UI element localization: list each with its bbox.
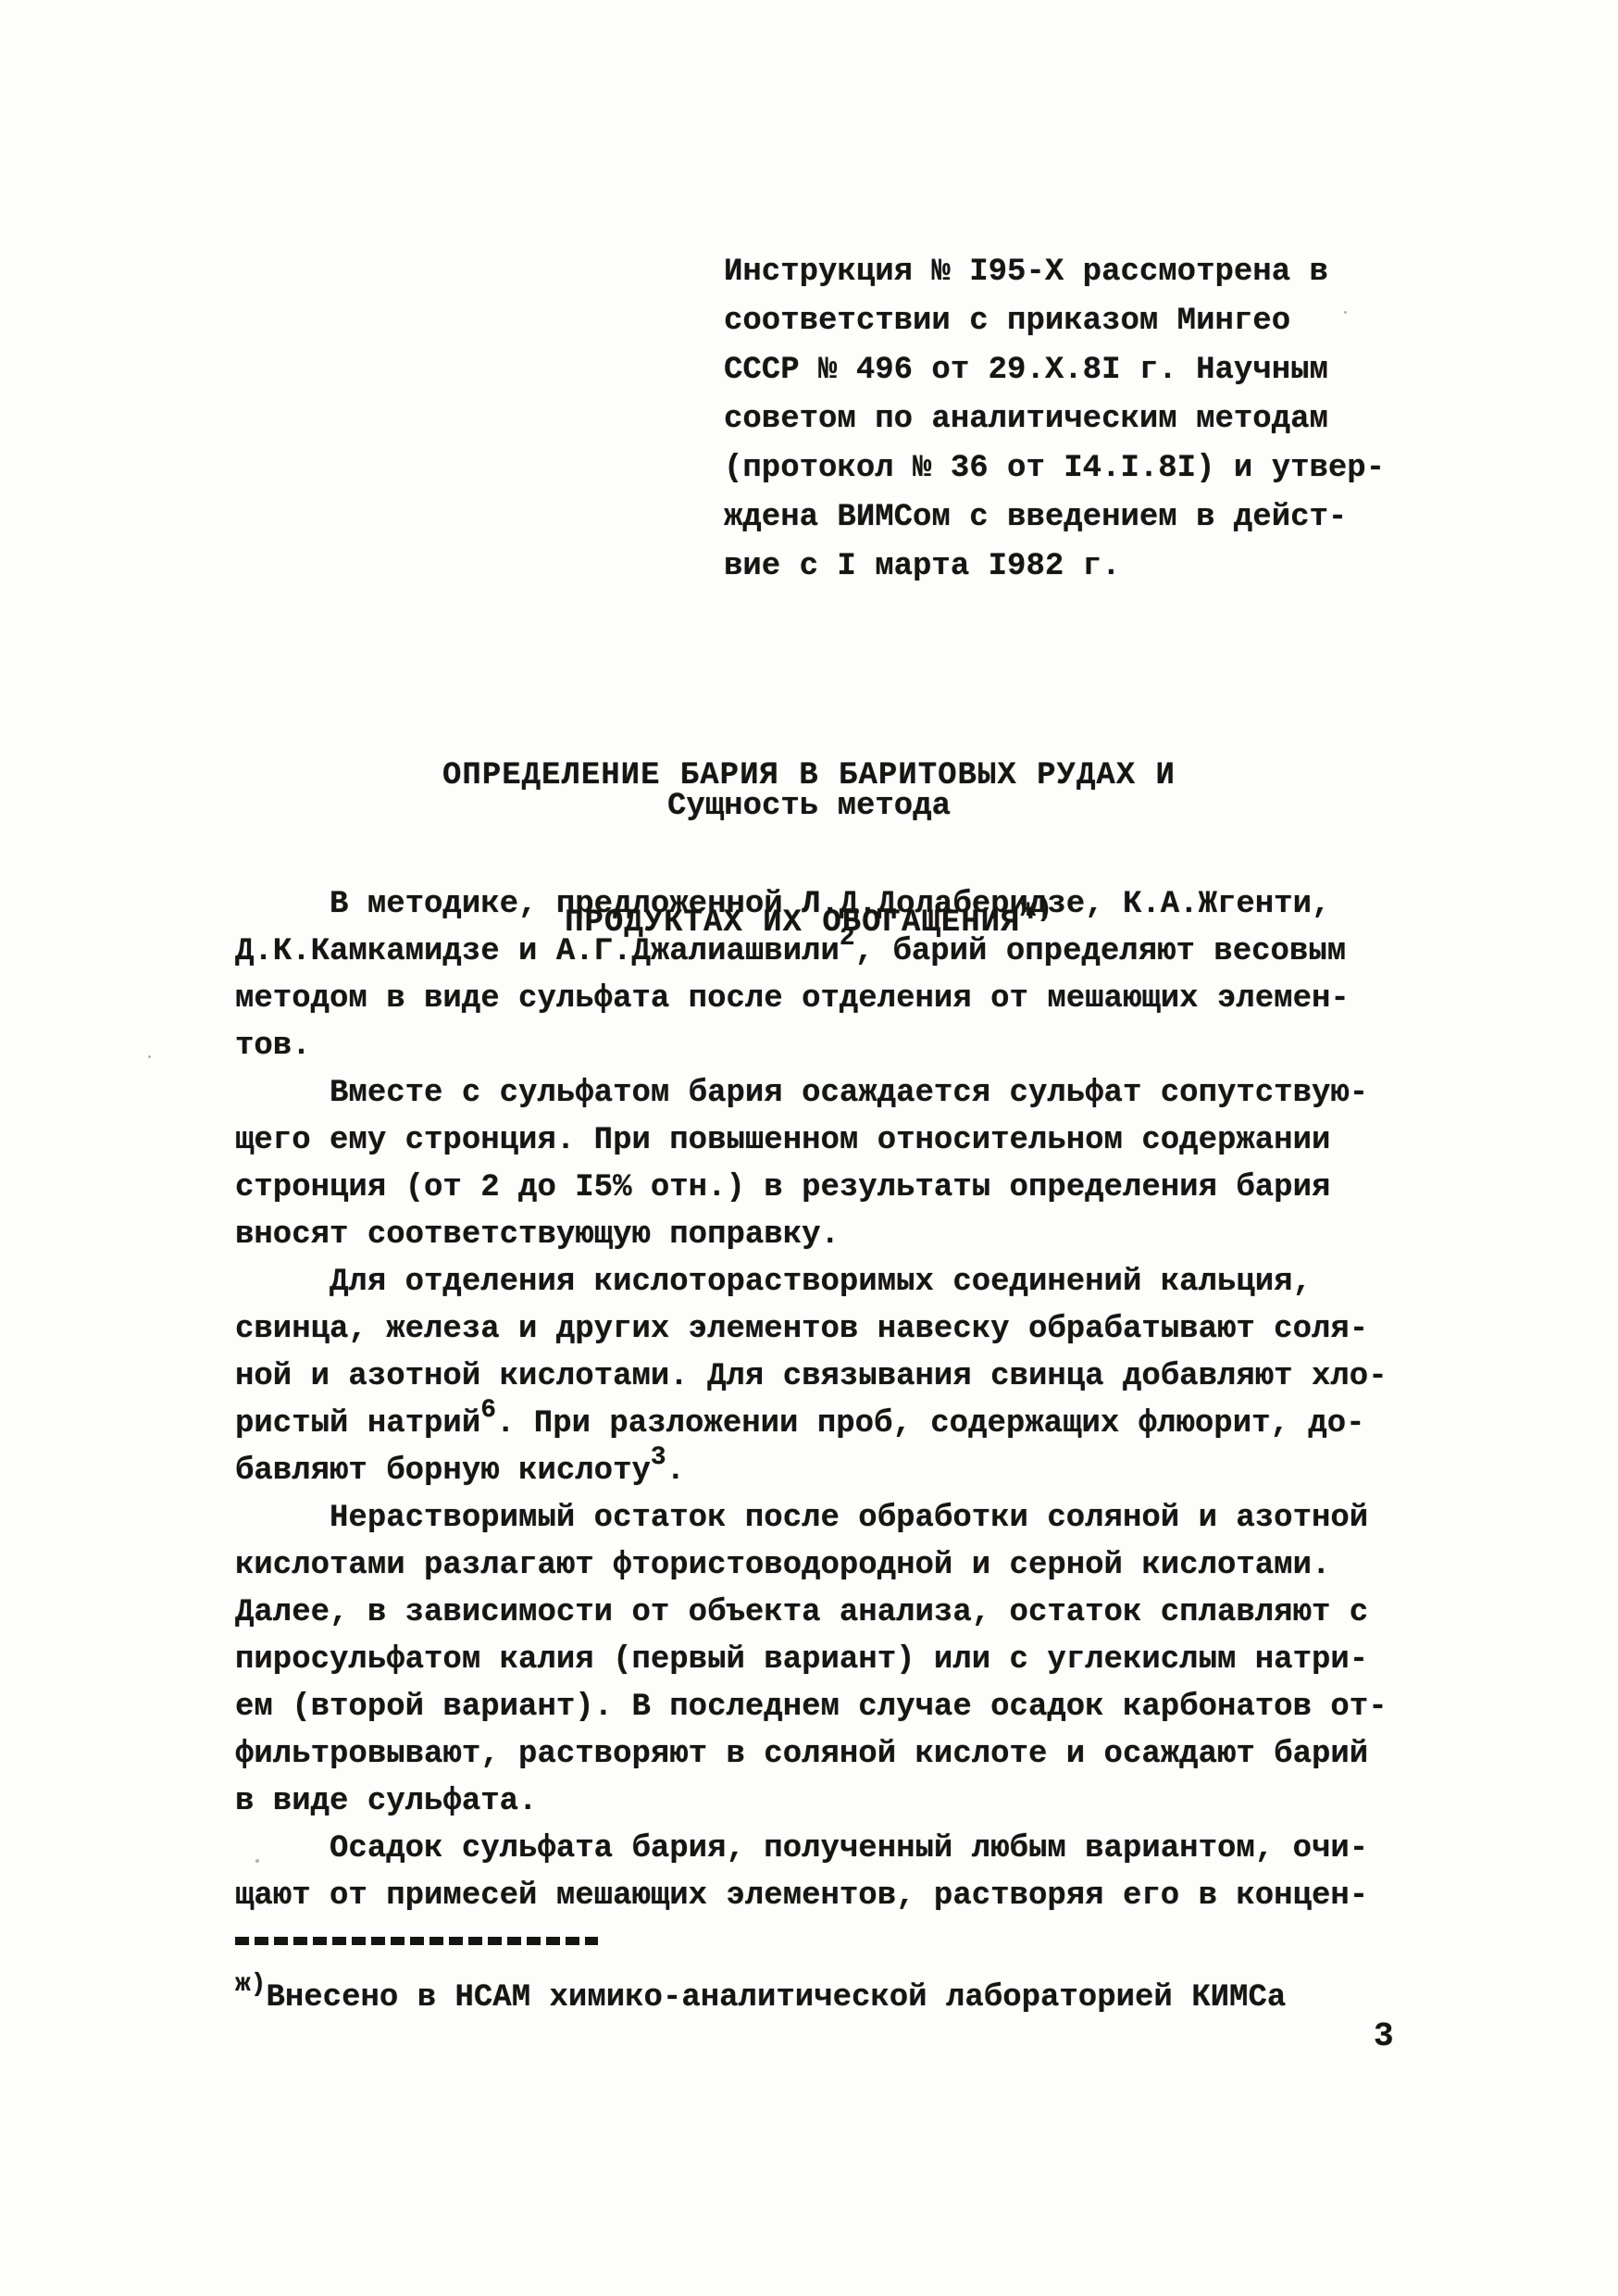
scan-speck <box>255 1859 259 1863</box>
reference-superscript: 6 <box>480 1396 496 1425</box>
footnote-text: Внесено в НСАМ химико-аналитической лабо… <box>266 1980 1286 2015</box>
text-line: кислотами разлагают фтористоводородной и… <box>235 1542 1403 1590</box>
document-page: Инструкция № I95-Х рассмотрена всоответс… <box>0 0 1618 2296</box>
page-number: 3 <box>1374 2018 1394 2055</box>
text-line: тов. <box>235 1023 1403 1070</box>
text-line: вносят соответствующую поправку. <box>235 1212 1403 1259</box>
text-line: ристый натрий6. При разложении проб, сод… <box>235 1401 1403 1448</box>
text-line: Нерастворимый остаток после обработки со… <box>235 1495 1403 1542</box>
text-line: ем (второй вариант). В последнем случае … <box>235 1684 1403 1731</box>
text-line: Вместе с сульфатом бария осаждается суль… <box>235 1070 1403 1117</box>
scan-speck <box>148 1055 151 1058</box>
text-line: вие с I марта I982 г. <box>724 543 1394 592</box>
text-line: щают от примесей мешающих элементов, рас… <box>235 1873 1403 1920</box>
text-line: ждена ВИМСом с введением в дейст- <box>724 493 1394 543</box>
text-line: СССР № 496 от 29.Х.8I г. Научным <box>724 346 1394 395</box>
text-line: пиросульфатом калия (первый вариант) или… <box>235 1637 1403 1684</box>
text-line: методом в виде сульфата после отделения … <box>235 976 1403 1023</box>
reference-superscript: 2 <box>840 924 855 953</box>
text-line: Для отделения кислоторастворимых соедине… <box>235 1259 1403 1306</box>
footnote-mark: ж) <box>235 1970 266 1999</box>
text-line: фильтровывают, растворяют в соляной кисл… <box>235 1731 1403 1778</box>
text-line: свинца, железа и других элементов навеск… <box>235 1306 1403 1354</box>
reference-superscript: 3 <box>651 1443 666 1472</box>
footnote: ж)Внесено в НСАМ химико-аналитической ла… <box>235 1976 1403 2020</box>
scan-speck <box>1344 311 1347 314</box>
text-line: Далее, в зависимости от объекта анализа,… <box>235 1590 1403 1637</box>
text-line: соответствии с приказом Мингео <box>724 297 1394 346</box>
text-line: ной и азотной кислотами. Для связывания … <box>235 1354 1403 1401</box>
text-line: (протокол № 36 от I4.I.8I) и утвер- <box>724 444 1394 493</box>
footnote-separator <box>235 1937 598 1945</box>
section-heading: Сущность метода <box>226 787 1392 826</box>
text-line: бавляют борную кислоту3. <box>235 1448 1403 1495</box>
text-line: Осадок сульфата бария, полученный любым … <box>235 1826 1403 1873</box>
body-text: В методике, предложенной Л.Д.Долаберидзе… <box>235 881 1403 1920</box>
text-line: в виде сульфата. <box>235 1778 1403 1826</box>
text-line: щего ему стронция. При повышенном относи… <box>235 1117 1403 1165</box>
text-line: стронция (от 2 до I5% отн.) в результаты… <box>235 1165 1403 1212</box>
text-line: В методике, предложенной Л.Д.Долаберидзе… <box>235 881 1403 929</box>
text-line: Инструкция № I95-Х рассмотрена в <box>724 248 1394 297</box>
text-line: советом по аналитическим методам <box>724 395 1394 444</box>
approval-block: Инструкция № I95-Х рассмотрена всоответс… <box>724 248 1394 592</box>
text-line: Д.К.Камкамидзе и А.Г.Джалиашвили2, барий… <box>235 929 1403 976</box>
